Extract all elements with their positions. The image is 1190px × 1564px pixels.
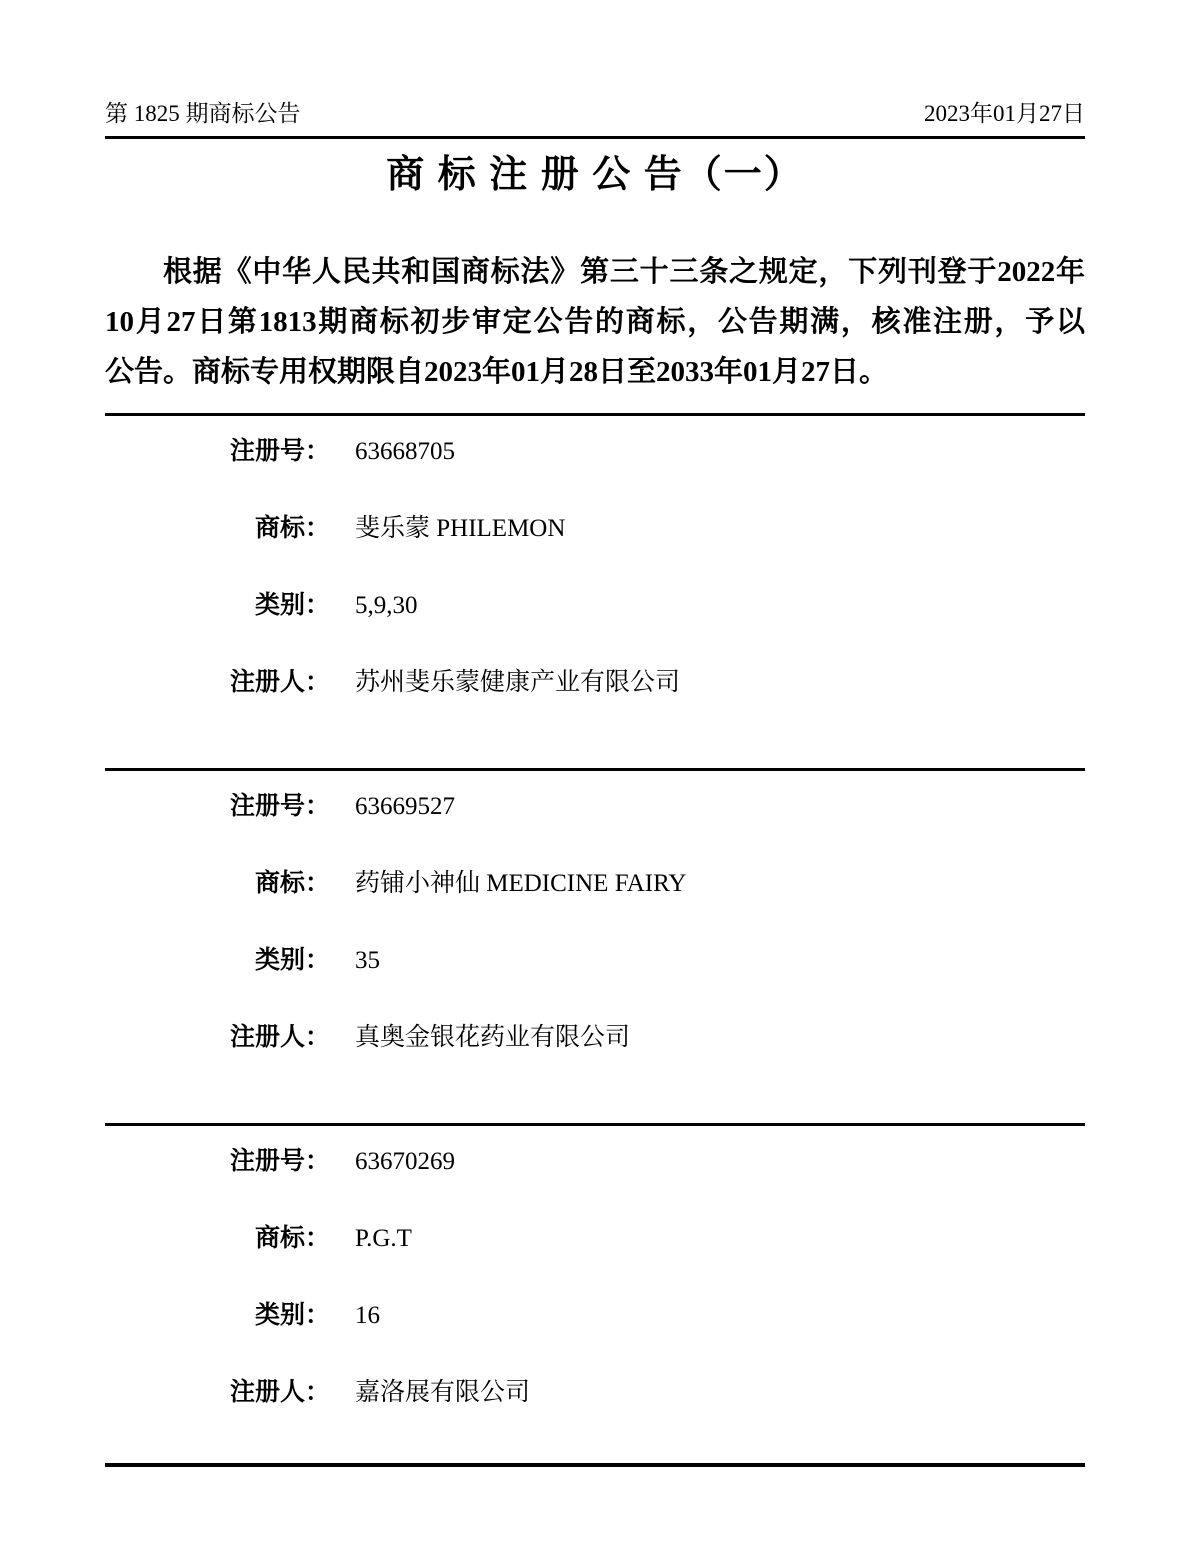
trademark-row: 商标： P.G.T <box>105 1203 1085 1280</box>
reg-no-row: 注册号： 63668705 <box>105 416 1085 493</box>
intro-line-1: 根据《中华人民共和国商标法》第三十三条之规定，下列刊登于2022年 <box>105 247 1085 297</box>
page-header: 第 1825 期商标公告 2023年01月27日 <box>105 100 1085 128</box>
registrant-label: 注册人： <box>105 668 330 698</box>
intro-line-3: 公告。商标专用权期限自2023年01月28日至2033年01月27日。 <box>105 347 1085 397</box>
reg-no-label: 注册号： <box>105 792 330 822</box>
reg-no-value: 63669527 <box>330 792 455 822</box>
category-label: 类别： <box>105 591 330 621</box>
intro-line-2: 10月27日第1813期商标初步审定公告的商标，公告期满，核准注册，予以 <box>105 297 1085 347</box>
gazette-issue-label: 第 1825 期商标公告 <box>105 100 301 128</box>
page-title: 商 标 注 册 公 告（一） <box>105 153 1085 197</box>
reg-no-value: 63670269 <box>330 1147 455 1177</box>
trademark-label: 商标： <box>105 514 330 544</box>
trademark-row: 商标： 药铺小神仙 MEDICINE FAIRY <box>105 848 1085 925</box>
registrant-value: 苏州斐乐蒙健康产业有限公司 <box>330 668 680 698</box>
bottom-divider <box>105 1463 1085 1467</box>
registrant-label: 注册人： <box>105 1378 330 1408</box>
page-content: 第 1825 期商标公告 2023年01月27日 商 标 注 册 公 告（一） … <box>0 0 1190 1467</box>
trademark-row: 商标： 斐乐蒙 PHILEMON <box>105 493 1085 570</box>
reg-no-row: 注册号： 63670269 <box>105 1126 1085 1203</box>
trademark-label: 商标： <box>105 869 330 899</box>
category-value: 5,9,30 <box>330 591 418 621</box>
registrant-value: 嘉洛展有限公司 <box>330 1378 530 1408</box>
trademark-label: 商标： <box>105 1224 330 1254</box>
reg-no-label: 注册号： <box>105 437 330 467</box>
reg-no-value: 63668705 <box>330 437 455 467</box>
category-value: 16 <box>330 1301 380 1331</box>
trademark-entry-3: 注册号： 63670269 商标： P.G.T 类别： 16 注册人： 嘉洛展有… <box>105 1123 1085 1463</box>
header-divider <box>105 136 1085 139</box>
gazette-page: 第 1825 期商标公告 2023年01月27日 商 标 注 册 公 告（一） … <box>0 0 1190 1564</box>
registrant-label: 注册人： <box>105 1023 330 1053</box>
registrant-row: 注册人： 嘉洛展有限公司 <box>105 1357 1085 1434</box>
category-row: 类别： 5,9,30 <box>105 570 1085 647</box>
intro-paragraph: 根据《中华人民共和国商标法》第三十三条之规定，下列刊登于2022年 10月27日… <box>105 247 1085 397</box>
gazette-date: 2023年01月27日 <box>924 100 1085 128</box>
category-label: 类别： <box>105 1301 330 1331</box>
category-row: 类别： 35 <box>105 925 1085 1002</box>
reg-no-label: 注册号： <box>105 1147 330 1177</box>
category-label: 类别： <box>105 946 330 976</box>
registrant-row: 注册人： 苏州斐乐蒙健康产业有限公司 <box>105 647 1085 724</box>
trademark-entry-2: 注册号： 63669527 商标： 药铺小神仙 MEDICINE FAIRY 类… <box>105 768 1085 1123</box>
registrant-row: 注册人： 真奥金银花药业有限公司 <box>105 1002 1085 1079</box>
registrant-value: 真奥金银花药业有限公司 <box>330 1023 630 1053</box>
category-value: 35 <box>330 946 380 976</box>
reg-no-row: 注册号： 63669527 <box>105 771 1085 848</box>
category-row: 类别： 16 <box>105 1280 1085 1357</box>
trademark-value: 药铺小神仙 MEDICINE FAIRY <box>330 869 686 899</box>
trademark-value: 斐乐蒙 PHILEMON <box>330 514 565 544</box>
trademark-value: P.G.T <box>330 1224 412 1254</box>
trademark-entry-1: 注册号： 63668705 商标： 斐乐蒙 PHILEMON 类别： 5,9,3… <box>105 413 1085 768</box>
